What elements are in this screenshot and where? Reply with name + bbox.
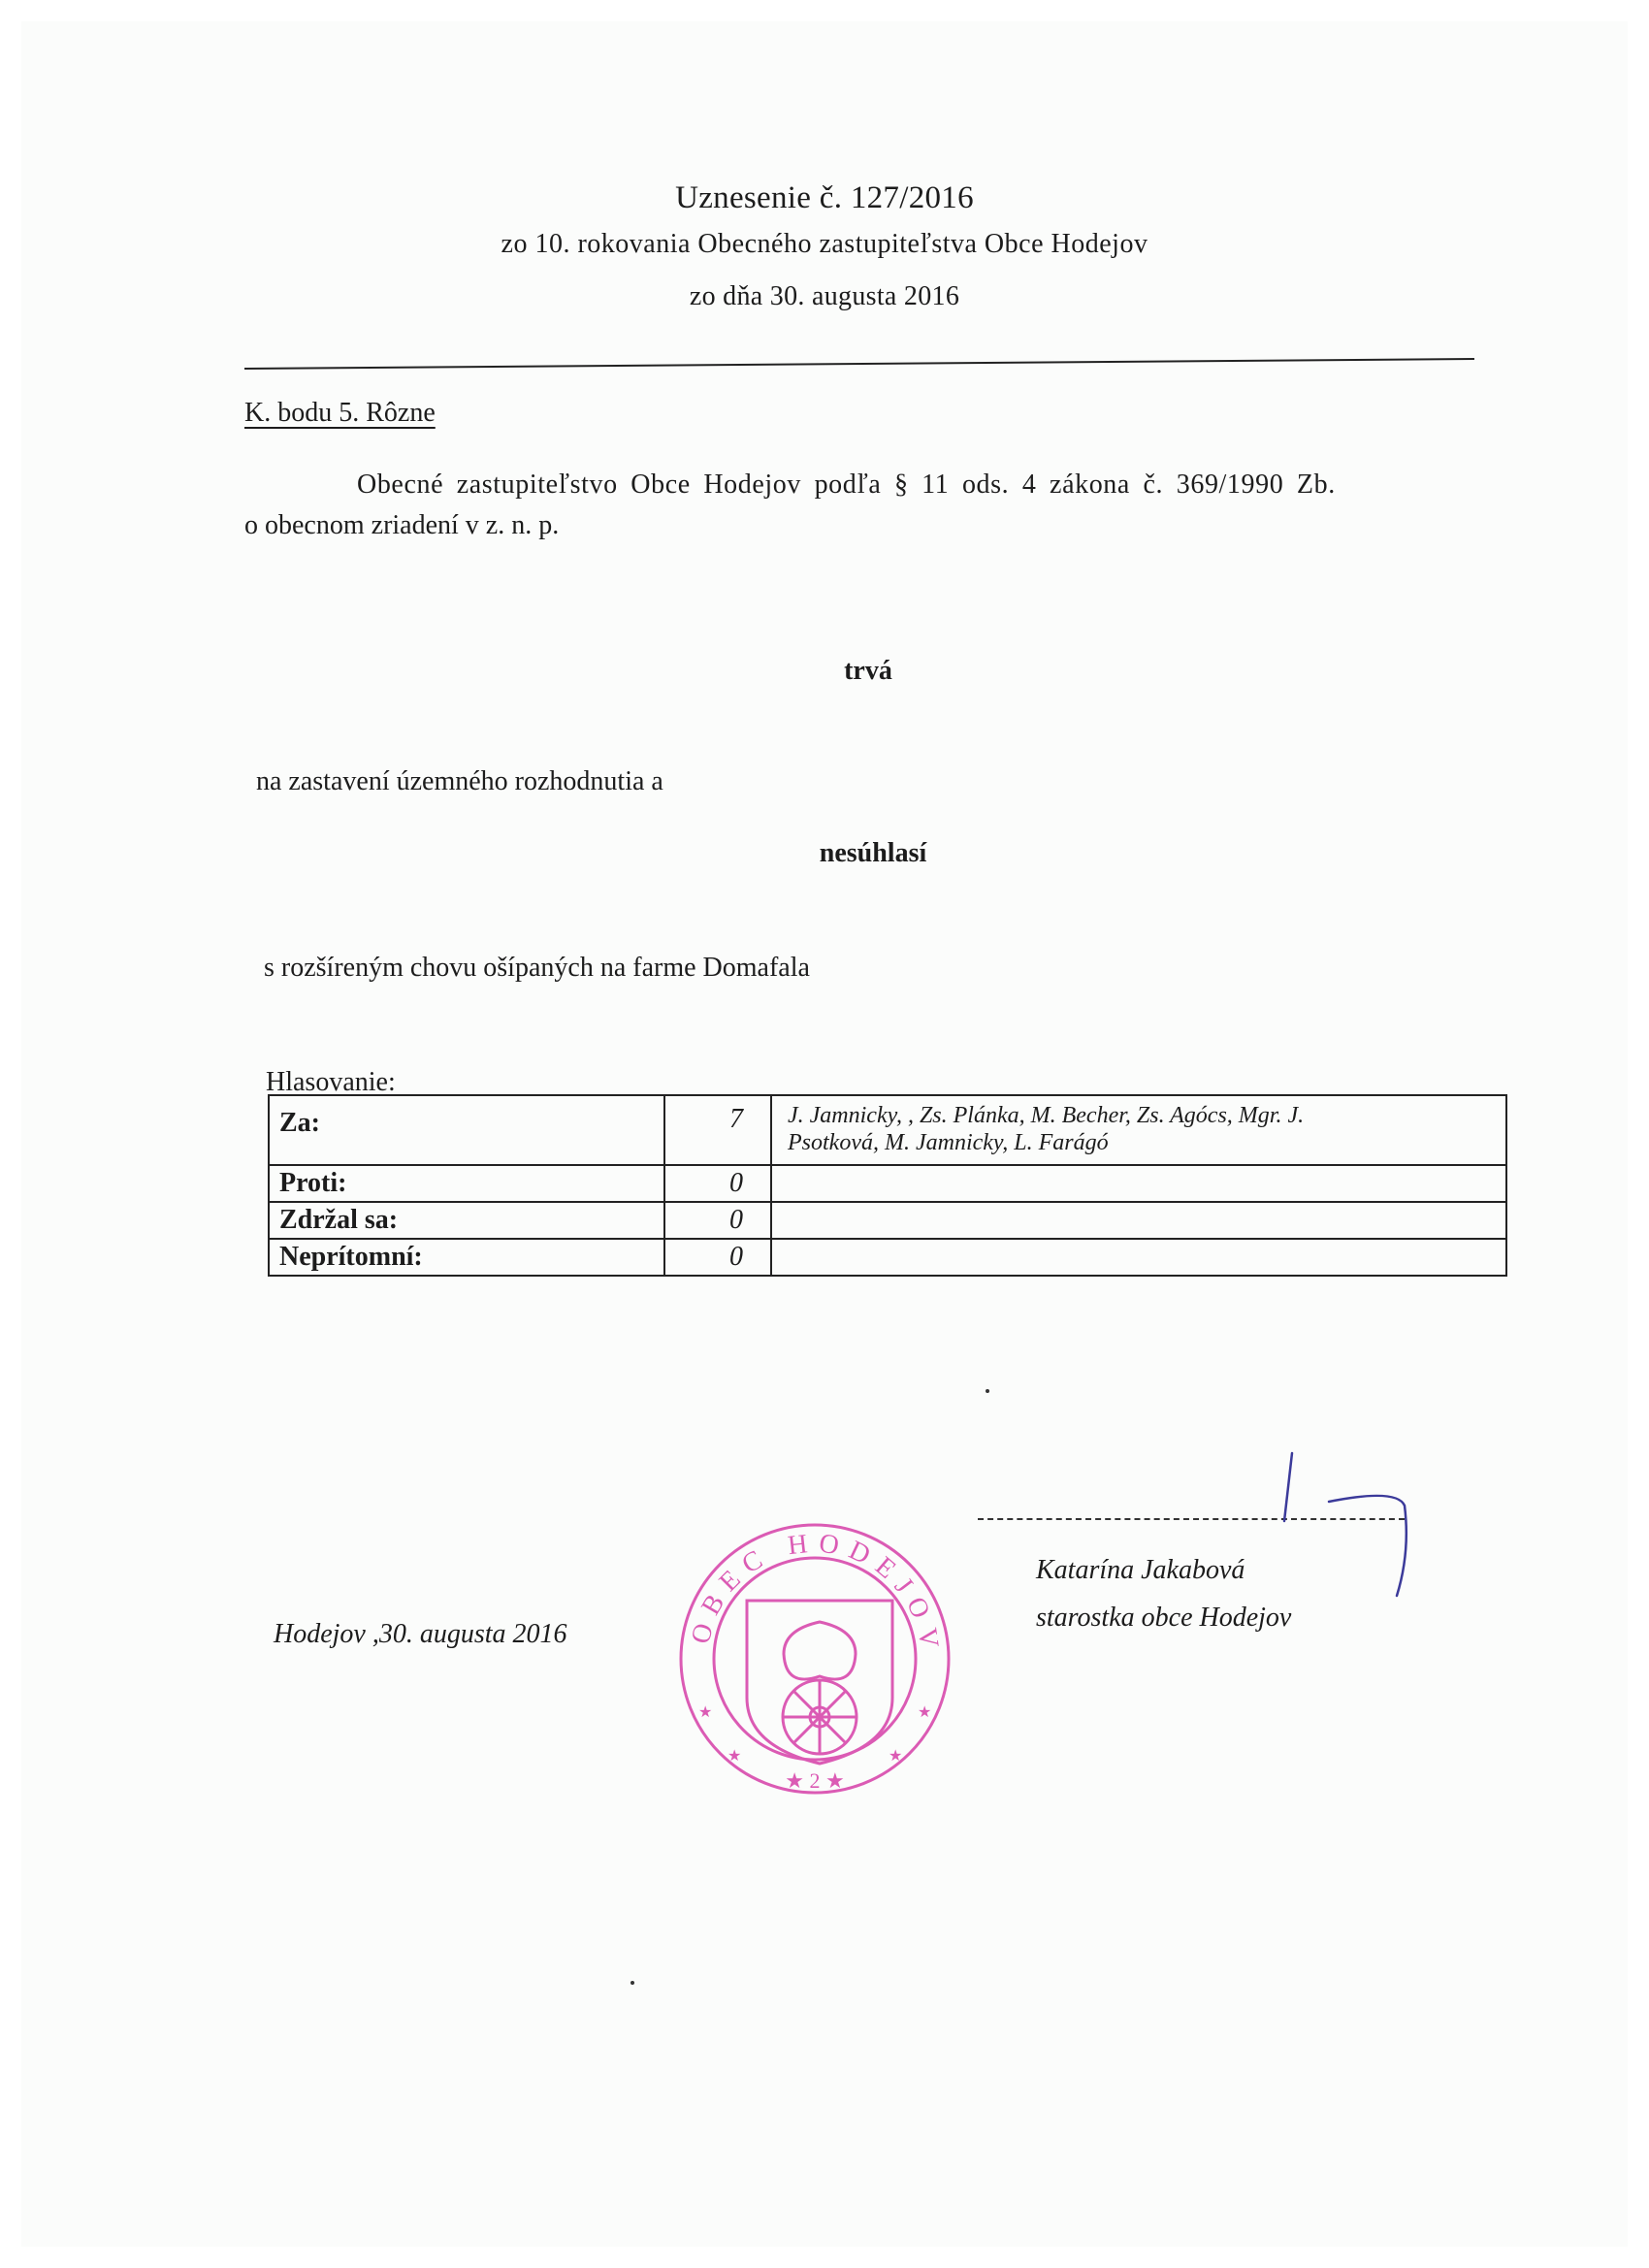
- table-row: Proti: 0: [269, 1165, 1506, 1202]
- scan-speck: [630, 1981, 634, 1985]
- vote-count-abstained: 0: [664, 1202, 771, 1239]
- table-row: Zdržal sa: 0: [269, 1202, 1506, 1239]
- municipal-stamp-icon: OBEC HODEJOV ★ 2 ★ ★ ★ ★ ★: [669, 1513, 960, 1804]
- vote-label-absent: Neprítomní:: [269, 1239, 664, 1276]
- voting-table: Za: 7 J. Jamnicky, , Zs. Plánka, M. Bech…: [268, 1094, 1507, 1277]
- vote-names-line: Psotková, M. Jamnicky, L. Farágó: [788, 1129, 1496, 1156]
- vote-label-abstained: Zdržal sa:: [269, 1202, 664, 1239]
- document-subtitle: zo 10. rokovania Obecného zastupiteľstva…: [0, 229, 1649, 260]
- signer-name: Katarína Jakabová: [1036, 1555, 1245, 1586]
- paragraph-stop-decision: na zastavení územného rozhodnutia a: [256, 766, 663, 797]
- place-and-date: Hodejov ,30. augusta 2016: [274, 1619, 567, 1650]
- table-row: Neprítomní: 0: [269, 1239, 1506, 1276]
- document-title: Uznesenie č. 127/2016: [0, 180, 1649, 216]
- svg-text:★: ★: [918, 1704, 931, 1721]
- svg-text:★: ★: [889, 1748, 902, 1765]
- vote-names-absent: [771, 1239, 1506, 1276]
- decision-persists: trvá: [0, 656, 1649, 687]
- paragraph-intro-cont: o obecnom zriadení v z. n. p.: [244, 510, 559, 541]
- svg-text:★ 2 ★: ★ 2 ★: [785, 1768, 844, 1793]
- vote-names-line: J. Jamnicky, , Zs. Plánka, M. Becher, Zs…: [788, 1102, 1496, 1129]
- svg-text:★: ★: [727, 1748, 741, 1765]
- paragraph-intro: Obecné zastupiteľstvo Obce Hodejov podľa…: [357, 470, 1336, 501]
- vote-count-for: 7: [664, 1095, 771, 1165]
- handwritten-signature-icon: [1251, 1445, 1445, 1620]
- svg-text:★: ★: [698, 1704, 712, 1721]
- decision-disagrees: nesúhlasí: [0, 838, 1649, 869]
- vote-names-for: J. Jamnicky, , Zs. Plánka, M. Becher, Zs…: [771, 1095, 1506, 1165]
- vote-count-absent: 0: [664, 1239, 771, 1276]
- document-date: zo dňa 30. augusta 2016: [0, 281, 1649, 312]
- svg-text:OBEC HODEJOV: OBEC HODEJOV: [686, 1528, 946, 1659]
- vote-names-abstained: [771, 1202, 1506, 1239]
- section-heading: K. bodu 5. Rôzne: [244, 398, 436, 429]
- vote-label-against: Proti:: [269, 1165, 664, 1202]
- signer-role: starostka obce Hodejov: [1036, 1603, 1291, 1634]
- vote-count-against: 0: [664, 1165, 771, 1202]
- scan-speck: [986, 1389, 989, 1393]
- table-row: Za: 7 J. Jamnicky, , Zs. Plánka, M. Bech…: [269, 1095, 1506, 1165]
- vote-names-against: [771, 1165, 1506, 1202]
- paragraph-farm: s rozšíreným chovu ošípaných na farme Do…: [264, 953, 810, 984]
- vote-label-for: Za:: [269, 1095, 664, 1165]
